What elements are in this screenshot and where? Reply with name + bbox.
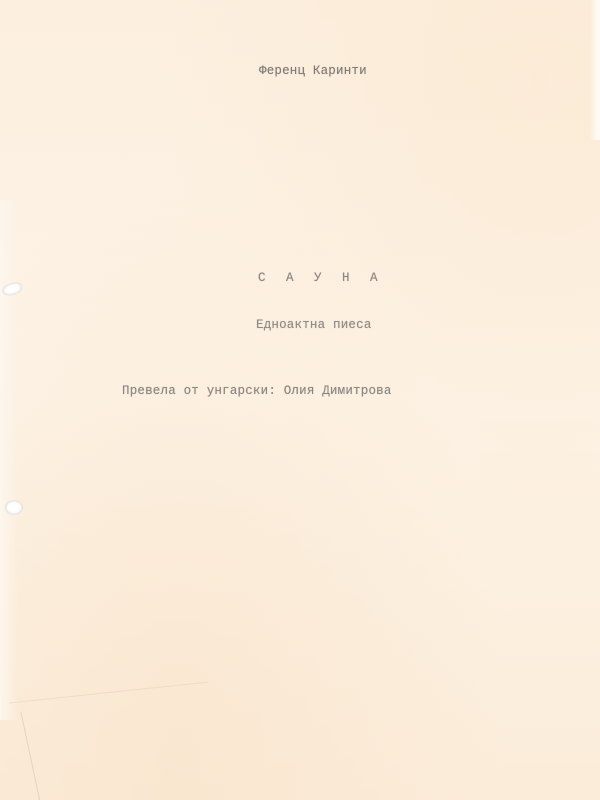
translator-credit: Превела от унгарски: Олия Димитрова xyxy=(122,384,392,398)
typewritten-page: Ференц Каринти С А У Н А Едноактна пиеса… xyxy=(0,0,600,800)
paper-crease xyxy=(9,682,211,734)
play-subtitle: Едноактна пиеса xyxy=(256,318,372,332)
punch-hole-icon xyxy=(5,500,23,515)
binding-margin xyxy=(0,200,18,720)
play-title: С А У Н А xyxy=(258,271,384,285)
paper-edge xyxy=(590,0,600,140)
author-name: Ференц Каринти xyxy=(259,64,367,78)
